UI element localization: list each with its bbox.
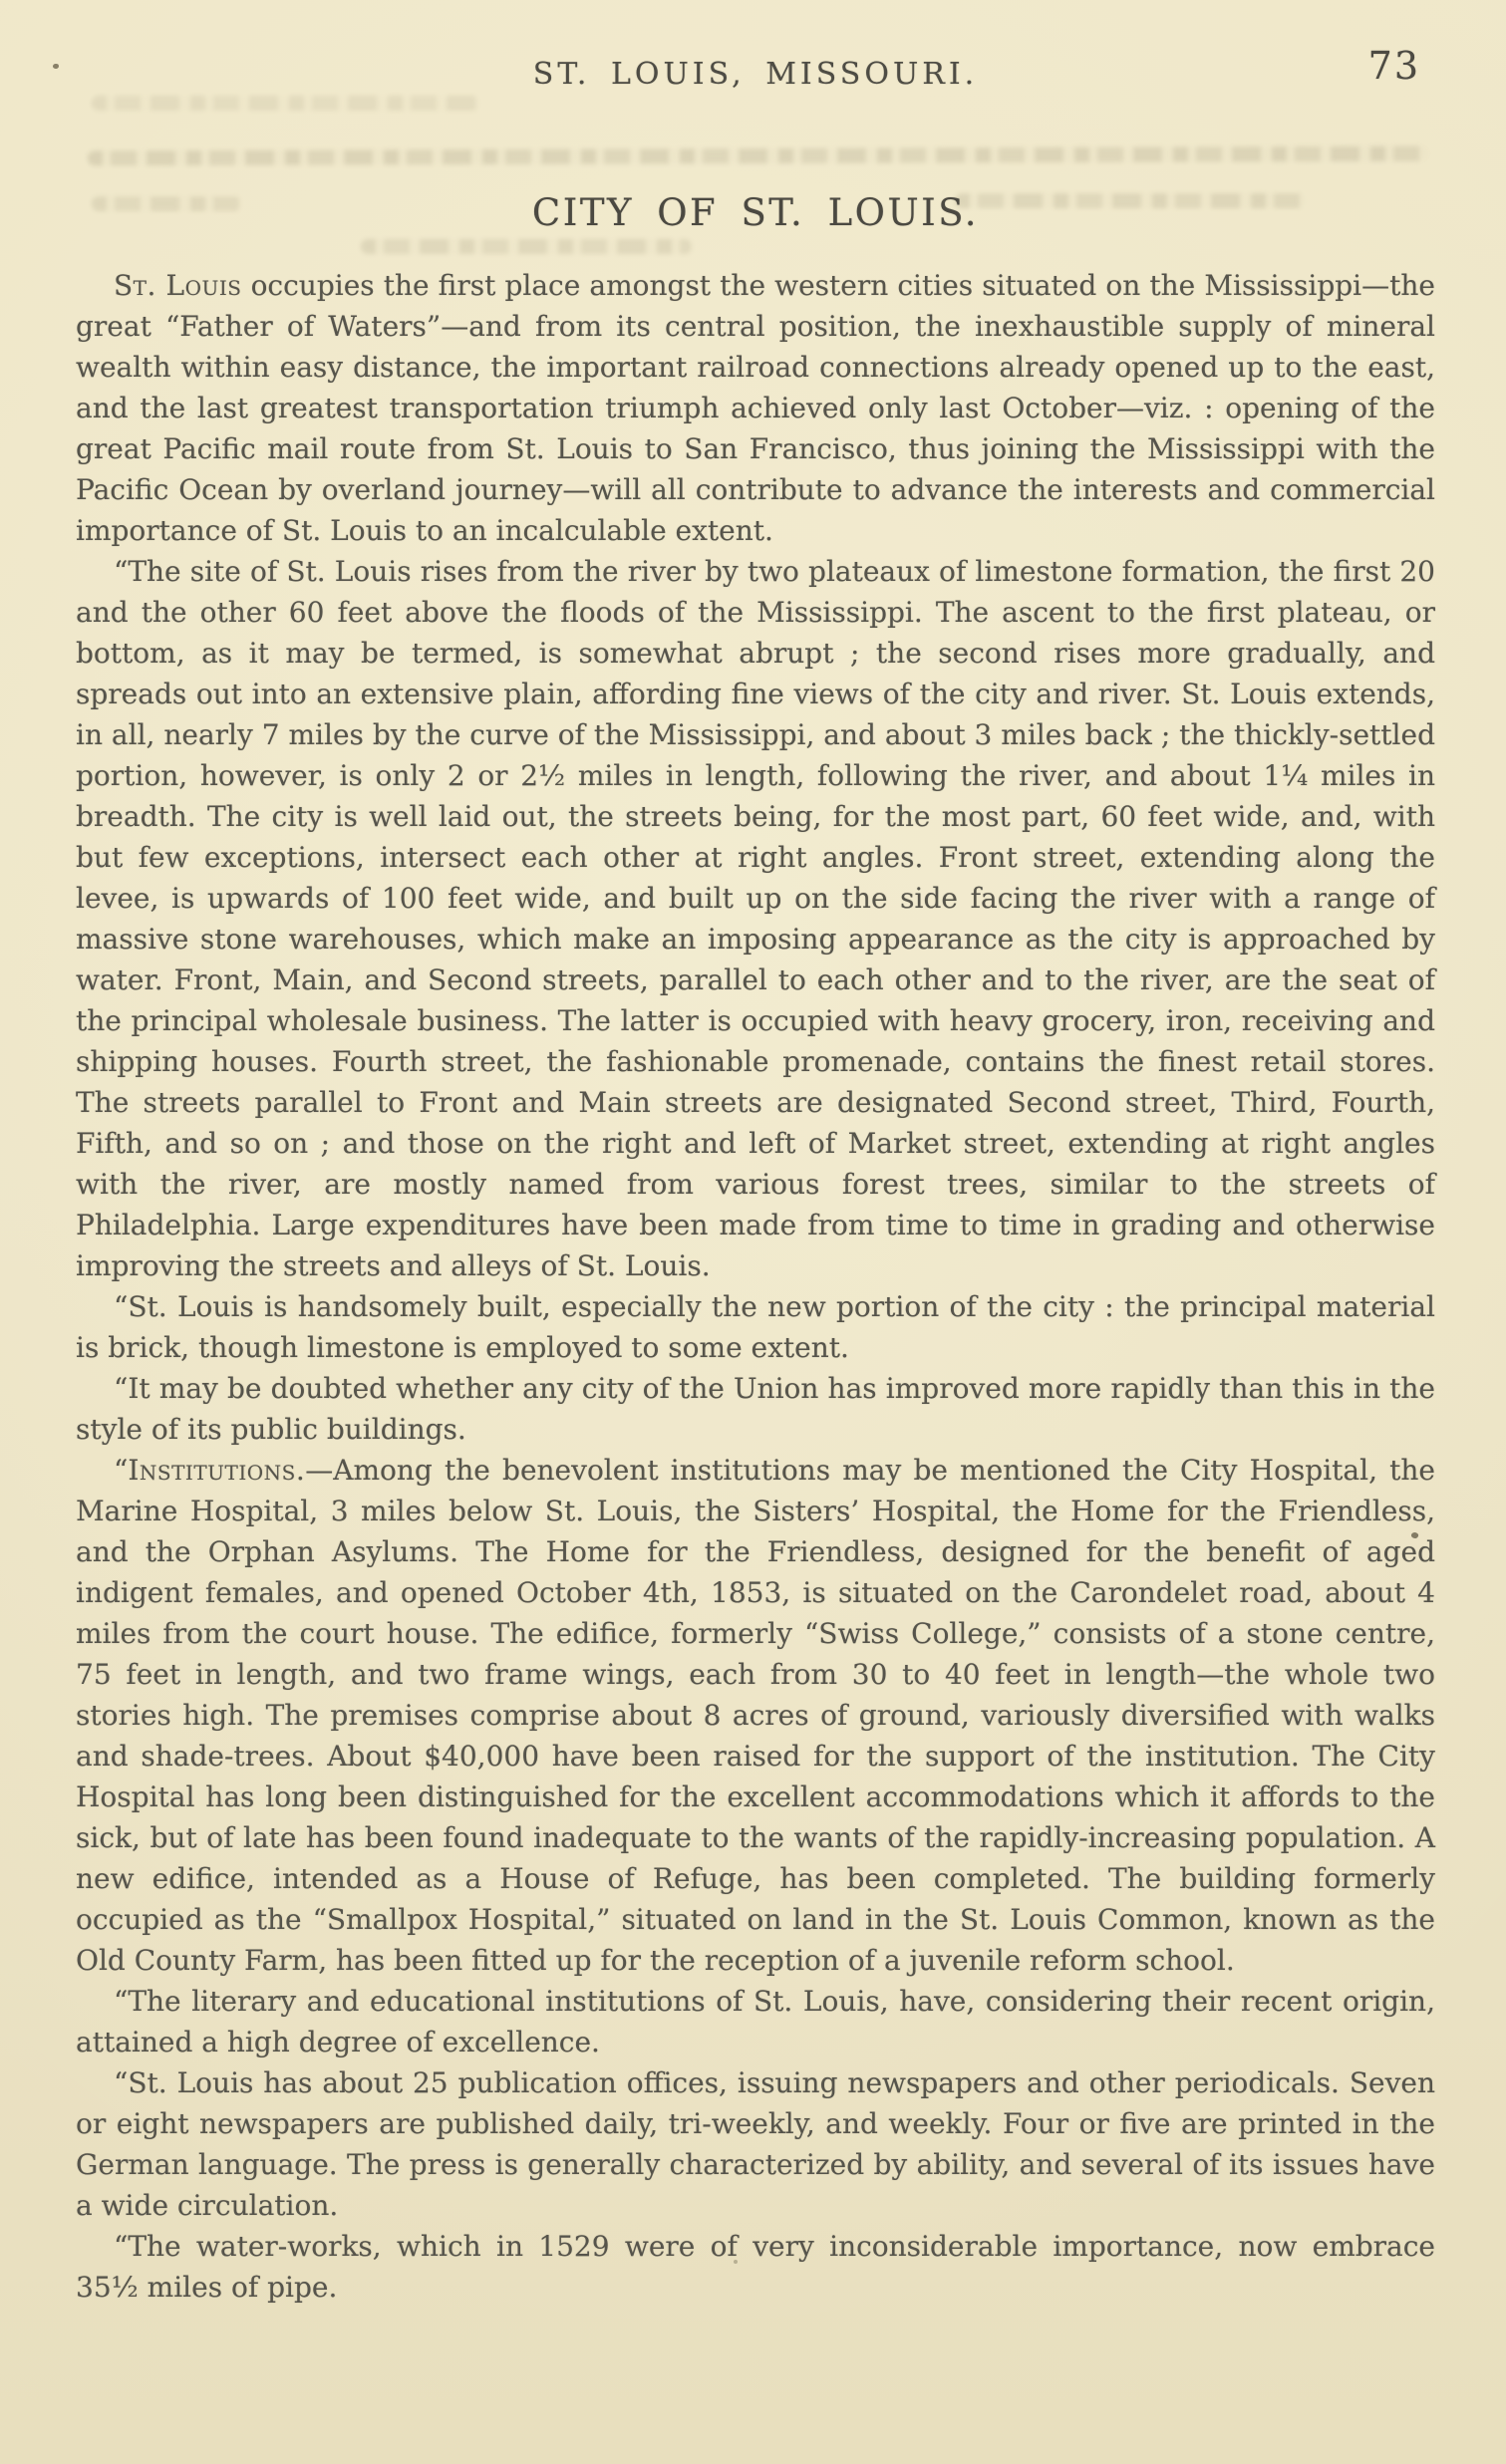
paragraph: “St. Louis has about 25 publication offi… [76,2062,1435,2226]
paragraph: “St. Louis is handsomely built, especial… [76,1286,1435,1368]
paragraph-text: It may be doubted whether any city of th… [76,1372,1435,1446]
paragraph: St. Louis occupies the first place among… [76,265,1435,551]
bleedthrough-text-artifact [88,146,1428,166]
page-number: 73 [1368,44,1420,88]
paragraph: “The site of St. Louis rises from the ri… [76,551,1435,1286]
paper-speck [53,64,59,69]
running-header-title: ST. LOUIS, MISSOURI. [76,57,1435,92]
paragraph-open-quote: “ [114,1372,128,1405]
paragraph-text: The site of St. Louis rises from the riv… [76,555,1435,1282]
scanned-book-page: ST. LOUIS, MISSOURI. 73 CITY OF ST. LOUI… [0,0,1506,2464]
paragraph-open-quote: “ [114,2230,128,2263]
paragraph-lead: Institutions. [128,1454,305,1487]
bleedthrough-text-artifact [361,239,692,254]
section-title: CITY OF ST. LOUIS. [76,191,1435,234]
paragraph-text: occupies the first place amongst the wes… [76,269,1435,547]
paragraph-open-quote: “ [114,555,128,588]
paragraph-text: The literary and educational institution… [76,1985,1435,2058]
paragraph-open-quote: “ [114,2066,128,2099]
paragraph: “The water-works, which in 1529 were of … [76,2226,1435,2308]
body-text: St. Louis occupies the first place among… [76,265,1435,2308]
paragraph: “It may be doubted whether any city of t… [76,1368,1435,1450]
paragraph-text: St. Louis is handsomely built, especiall… [76,1290,1435,1364]
paragraph-open-quote: “ [114,1290,128,1323]
paragraph-text: St. Louis has about 25 publication offic… [76,2066,1435,2222]
paragraph-text: —Among the benevolent institutions may b… [76,1454,1435,1977]
bleedthrough-text-artifact [92,96,480,111]
paragraph-open-quote: “ [114,1985,128,2018]
paragraph: “Institutions.—Among the benevolent inst… [76,1450,1435,1981]
paragraph-open-quote: “ [114,1454,128,1487]
paragraph: “The literary and educational institutio… [76,1981,1435,2062]
paragraph-text: The water-works, which in 1529 were of v… [76,2230,1435,2304]
paper-speck [734,2260,738,2264]
paragraph-lead: St. Louis [114,269,241,302]
